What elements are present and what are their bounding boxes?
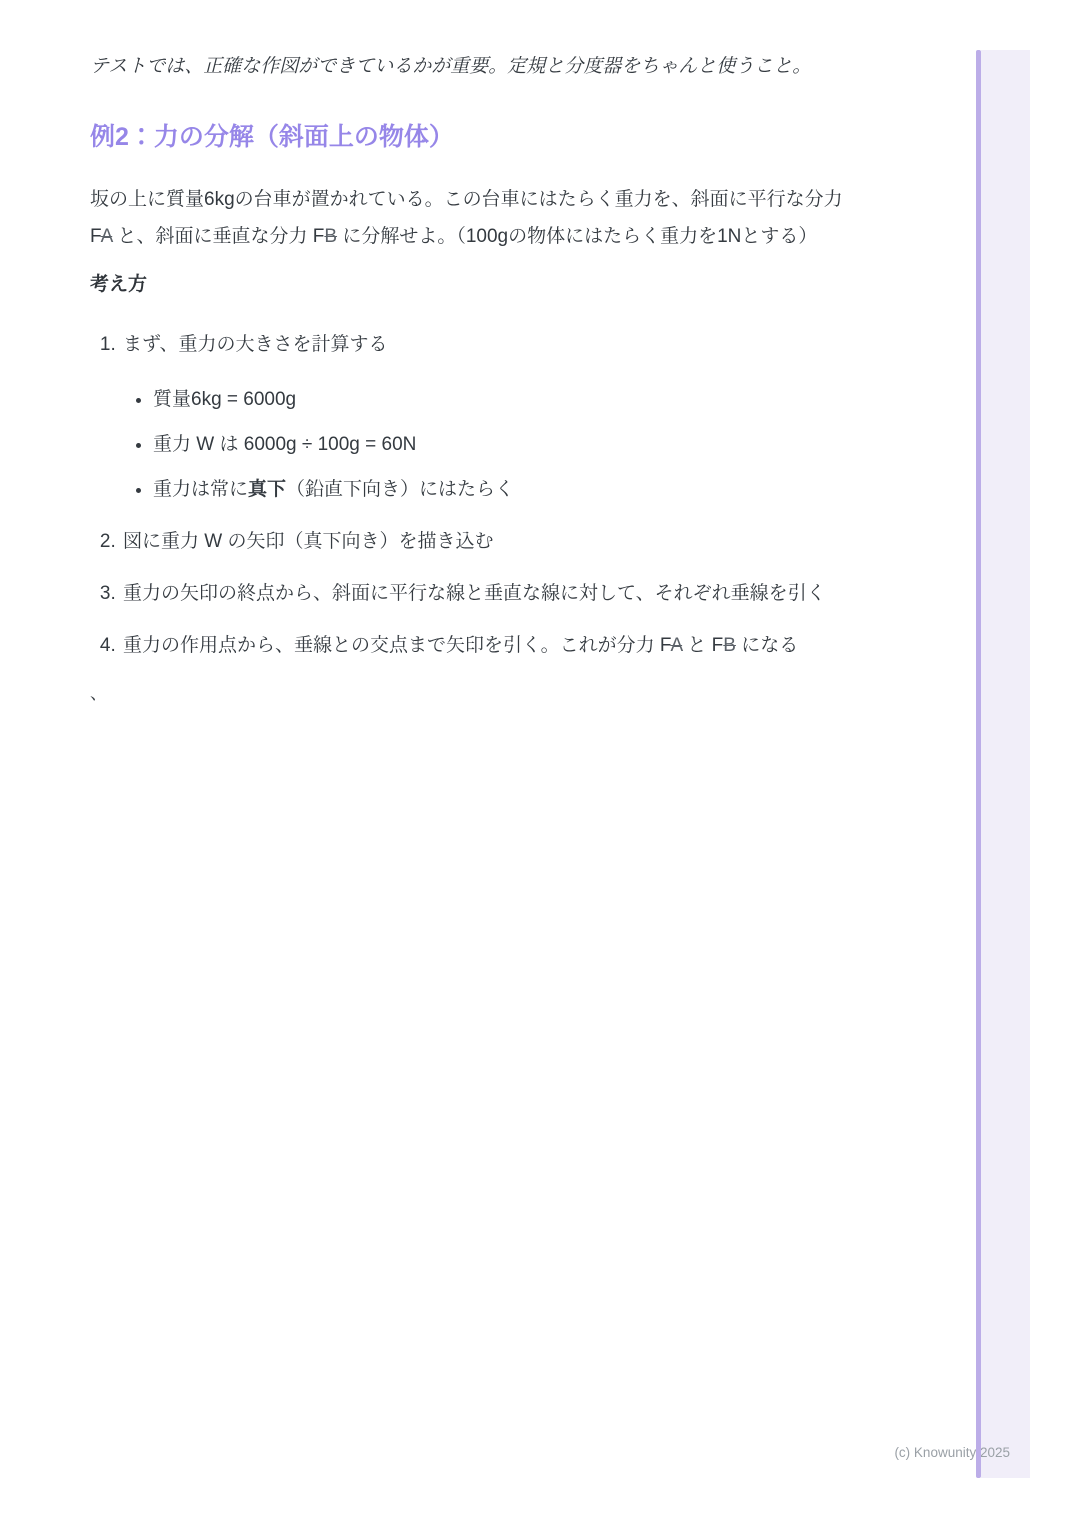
note-content: テストでは、正確な作図ができているかが重要。定規と分度器をちゃんと使うこと。 例…: [90, 48, 848, 709]
text-segment: 重力は常に: [153, 479, 248, 500]
struck-subscript-text: A: [670, 635, 682, 656]
text-segment: 図に重力 W の矢印（真下向き）を描き込む: [123, 531, 494, 552]
bullet-item: 重力は常に真下（鉛直下向き）にはたらく: [153, 471, 848, 508]
text-segment: と、斜面に垂直な分力 F: [112, 226, 324, 247]
text-segment: 重力 W は 6000g ÷ 100g = 60N: [153, 434, 416, 455]
copyright-footer: (c) Knowunity 2025: [894, 1444, 1010, 1462]
bold-text: 真下: [248, 479, 286, 500]
method-label: 考え方: [90, 270, 848, 300]
text-segment: 重力の作用点から、垂線との交点まで矢印を引く。これが分力 F: [123, 635, 670, 656]
bullet-item: 質量6kg = 6000g: [153, 381, 848, 418]
page-edge-line: [976, 50, 981, 1478]
list-item: 重力の矢印の終点から、斜面に平行な線と垂直な線に対して、それぞれ垂線を引く: [121, 575, 848, 612]
steps-list: まず、重力の大きさを計算する質量6kg = 6000g重力 W は 6000g …: [90, 326, 848, 664]
text-segment: （鉛直下向き）にはたらく: [286, 479, 514, 500]
problem-statement: 坂の上に質量6kgの台車が置かれている。この台車にはたらく重力を、斜面に平行な分…: [90, 181, 848, 255]
list-item: まず、重力の大きさを計算する質量6kg = 6000g重力 W は 6000g …: [121, 326, 848, 508]
text-segment: 質量6kg = 6000g: [153, 389, 296, 410]
struck-subscript-text: B: [324, 226, 337, 247]
text-segment: になる: [736, 635, 798, 656]
text-segment: まず、重力の大きさを計算する: [123, 334, 387, 355]
stray-mark: 、: [90, 679, 848, 709]
section-heading: 例2：力の分解（斜面上の物体）: [90, 120, 848, 154]
list-item: 図に重力 W の矢印（真下向き）を描き込む: [121, 523, 848, 560]
struck-subscript-text: A: [101, 226, 113, 247]
sub-bullet-list: 質量6kg = 6000g重力 W は 6000g ÷ 100g = 60N重力…: [123, 381, 848, 508]
document-page: テストでは、正確な作図ができているかが重要。定規と分度器をちゃんと使うこと。 例…: [0, 0, 1080, 1528]
intro-note: テストでは、正確な作図ができているかが重要。定規と分度器をちゃんと使うこと。: [90, 48, 848, 85]
page-edge-strip: [981, 50, 1030, 1478]
text-segment: 重力の矢印の終点から、斜面に平行な線と垂直な線に対して、それぞれ垂線を引く: [123, 583, 826, 604]
list-item: 重力の作用点から、垂線との交点まで矢印を引く。これが分力 FA と FB になる: [121, 627, 848, 664]
text-segment: と F: [682, 635, 723, 656]
bullet-item: 重力 W は 6000g ÷ 100g = 60N: [153, 426, 848, 463]
text-segment: に分解せよ。（100gの物体にはたらく重力を1Nとする）: [337, 226, 817, 247]
struck-subscript-text: B: [723, 635, 736, 656]
